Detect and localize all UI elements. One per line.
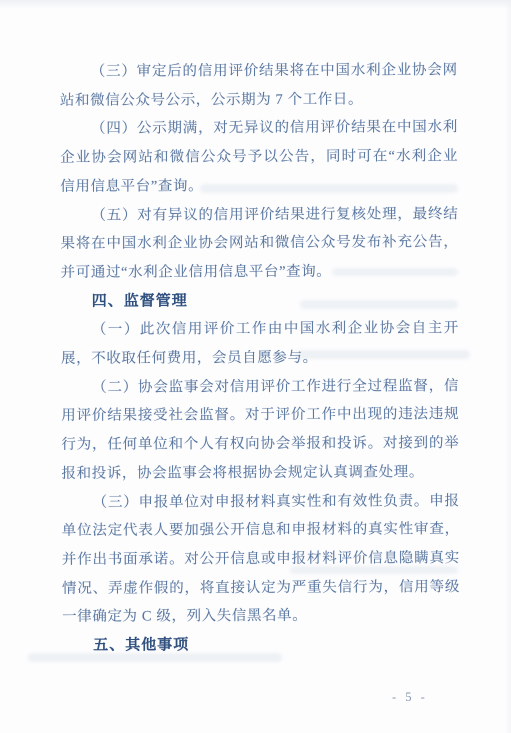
paragraph-board-supervision: （二）协会监事会对信用评价工作进行全过程监督，信用评价结果接受社会监督。对于评价… [61,372,459,489]
page-number: - 5 - [392,690,428,705]
document-body: （三）审定后的信用评价结果将在中国水利企业协会网站和微信公众号公示，公示期为 7… [60,56,461,660]
scanned-document-page: （三）审定后的信用评价结果将在中国水利企业协会网站和微信公众号公示，公示期为 7… [0,0,511,733]
paragraph-material-authenticity: （三）申报单位对申报材料真实性和有效性负责。申报单位法定代表人要加强公开信息和申… [62,487,461,632]
paragraph-result-announcement: （四）公示期满，对无异议的信用评价结果在中国水利企业协会网站和微信公众号予以公告… [60,114,458,202]
heading-supervision-management: 四、监督管理 [61,286,459,316]
paragraph-result-public-notice: （三）审定后的信用评价结果将在中国水利企业协会网站和微信公众号公示，公示期为 7… [60,56,458,115]
heading-other-matters: 五、其他事项 [62,630,460,660]
paragraph-appeal-review: （五）对有异议的信用评价结果进行复核处理，最终结果将在中国水利企业协会网站和微信… [60,200,458,288]
paragraph-no-fee-voluntary: （一）此次信用评价工作由中国水利企业协会自主开展，不收取任何费用，会员自愿参与。 [61,314,459,373]
